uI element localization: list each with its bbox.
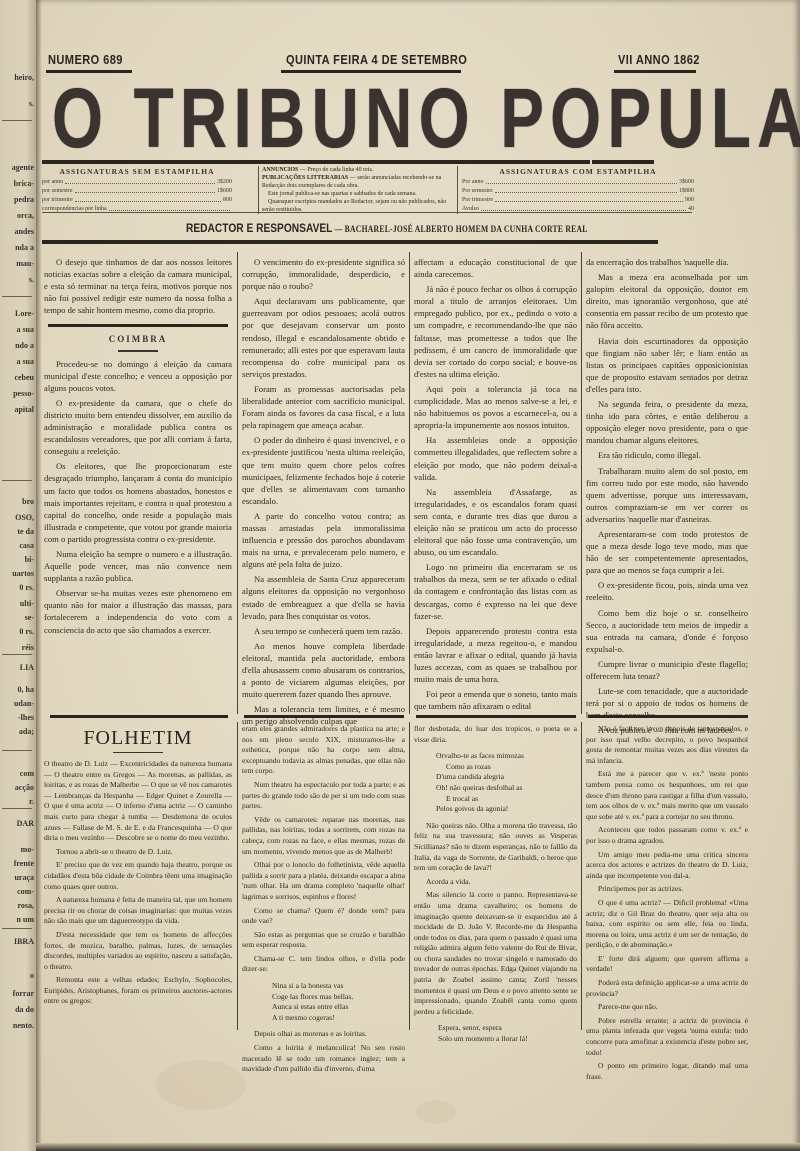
- folhetim-paragraph: flor desbotada, do luar dos tropicos, o …: [414, 724, 577, 745]
- poem-verse: Orvalho-te as faces mimozas Como as roza…: [414, 751, 577, 815]
- article-paragraph: Na segunda feira, o presidente da meza, …: [586, 398, 748, 446]
- folhetim-paragraph: Poderá esta definição applicar-se a uma …: [586, 978, 748, 999]
- subscriptions-without-stamp: ASSIGNATURAS SEM ESTAMPILHA por anno3$20…: [42, 168, 232, 214]
- article-paragraph: Já não é pouco fechar os olhos á corrupç…: [414, 283, 577, 380]
- article-paragraph: Apresentaram-se com todo protestos de qu…: [586, 528, 748, 576]
- previous-page-text-fragment: com: [20, 768, 34, 779]
- previous-page-text-fragment: udan-: [14, 698, 34, 709]
- article-paragraph: Na assembleia de Santa Cruz appareceram …: [242, 573, 405, 621]
- folhetim-paragraph: Vêde os camarotes: reparae nas morenas, …: [242, 815, 405, 857]
- previous-page-text-fragment: orca,: [17, 210, 34, 221]
- previous-page-text-fragment: LIA: [20, 662, 34, 673]
- article-paragraph: Procedeu-se no domingo á eleição da cama…: [44, 358, 232, 394]
- verse-line: D'uma candida alegria: [436, 772, 577, 783]
- previous-page-text-fragment: agente: [12, 162, 34, 173]
- article-paragraph: O ex-presidente ficou, pois, ainda uma v…: [586, 579, 748, 603]
- previous-page-text-fragment: ndo a: [15, 340, 34, 351]
- previous-page-text-fragment: da do: [15, 1004, 34, 1015]
- article-paragraph: Mas a meza era aconselhada por um galopi…: [586, 271, 748, 331]
- previous-page-text-fragment: r.: [29, 796, 34, 807]
- article-paragraph: Os eleitores, que lhe proporcionaram est…: [44, 460, 232, 545]
- price-value: 900: [685, 196, 694, 204]
- article-column-4: da encerração dos trabalhos 'naquelle di…: [586, 256, 748, 739]
- issue-number: NUMERO 689: [48, 52, 123, 67]
- previous-page-text-fragment: 0, ha: [18, 684, 34, 695]
- folhetim-paragraph: Como se chama? Quem é? donde vem? para o…: [242, 906, 405, 927]
- previous-page-text-fragment: o: [30, 970, 34, 981]
- previous-page-text-fragment: n um: [16, 914, 34, 925]
- folhetim-column-4: Não é facil ser joven depois de tantos s…: [586, 724, 748, 1085]
- issue-date: QUINTA FEIRA 4 DE SETEMBRO: [286, 52, 467, 67]
- previous-page-text-fragment: uraça: [14, 872, 34, 883]
- previous-page-text-fragment: rosa,: [17, 900, 34, 911]
- previous-page-text-fragment: heiro,: [14, 72, 34, 83]
- editor-label: REDACTOR E RESPONSAVEL: [186, 221, 332, 235]
- price-label: Por anno: [462, 178, 484, 186]
- previous-page-text-fragment: ada;: [19, 726, 34, 737]
- poem-verse: Nina si a la honesta vas Coge las flores…: [242, 981, 405, 1023]
- previous-page-text-fragment: bro: [22, 496, 34, 507]
- previous-page-text-fragment: andes: [14, 226, 34, 237]
- article-paragraph: O poder do dinheiro é quasi invencivel, …: [242, 434, 405, 507]
- price-label: Por semestre: [462, 187, 493, 195]
- verse-line: Aunca si estas entre ellas: [272, 1002, 405, 1013]
- previous-page-text-fragment: a sua: [16, 324, 34, 335]
- price-value: 1$600: [217, 187, 232, 195]
- folhetim-paragraph: Não queiras não. Olha a morena tão trave…: [414, 821, 577, 874]
- folhetim-paragraph: Num theatro ha espectaculo por toda a pa…: [242, 780, 405, 812]
- folhetim-paragraph: eram eles grandes admiradores da plastic…: [242, 724, 405, 777]
- price-value: 800: [223, 196, 232, 204]
- article-paragraph: Aqui declaravam uns publicamente, que gu…: [242, 295, 405, 380]
- price-label: por semestre: [42, 187, 73, 195]
- previous-page-text-fragment: brica-: [14, 178, 34, 189]
- previous-page-text-fragment: ulti-: [20, 598, 34, 609]
- verse-line: Coge las flores mas bellas,: [272, 992, 405, 1003]
- verse-line: A ti mesmo cogeras!: [272, 1013, 405, 1024]
- subscriptions-with-stamp-title: ASSIGNATURAS COM ESTAMPILHA: [462, 168, 694, 176]
- column-rule: [409, 252, 410, 714]
- folhetim-paragraph: O ponto em primeiro logar, ditando mal u…: [586, 1061, 748, 1082]
- folhetim-paragraph: E' forte dirá alguem; que querem affirma…: [586, 954, 748, 975]
- folhetim-paragraph: Chama-se C. tem lindos olhos, e d'ella p…: [242, 954, 405, 975]
- article-paragraph: Cumpre livrar o municipio d'este flagell…: [586, 658, 748, 682]
- price-value: 3$600: [679, 178, 694, 186]
- article-paragraph: Como bem diz hoje o sr. conselheiro Secc…: [586, 607, 748, 655]
- column-rule: [409, 722, 410, 1030]
- previous-page-rule: [2, 480, 32, 481]
- folhetim-paragraph: Como a loirita é melancolica! No seu ros…: [242, 1043, 405, 1075]
- poem-verse: Espera, senor, espera Solo um momento a …: [414, 1023, 577, 1044]
- paper-stain: [156, 1060, 246, 1110]
- subscriptions-without-stamp-title: ASSIGNATURAS SEM ESTAMPILHA: [42, 168, 232, 176]
- previous-page-text-fragment: DAR: [17, 818, 34, 829]
- previous-page-text-fragment: s.: [29, 98, 34, 109]
- previous-page-text-fragment: OSO,: [15, 512, 34, 523]
- subscriptions-with-stamp: ASSIGNATURAS COM ESTAMPILHA Por anno3$60…: [462, 168, 694, 214]
- folhetim-paragraph: Depois olhai as morenas e as loiritas.: [242, 1029, 405, 1040]
- editorial-note: O desejo que tinhamos de dar aos nossos …: [44, 256, 232, 316]
- previous-page-text-fragment: réis: [22, 642, 34, 653]
- previous-page-rule: [2, 296, 32, 297]
- article-paragraph: Era tão ridiculo, como illegal.: [586, 449, 748, 461]
- page-fold-shadow: [36, 0, 42, 1151]
- price-label: por trimestre: [42, 196, 73, 204]
- folhetim-rule: [244, 715, 404, 718]
- previous-page-text-fragment: apital: [14, 404, 34, 415]
- previous-page-text-fragment: acção: [15, 782, 34, 793]
- folhetim-paragraph: O que é uma actriz? — Dificil problema! …: [586, 898, 748, 951]
- price-label: por anno: [42, 178, 63, 186]
- previous-page-rule: [2, 750, 32, 751]
- article-paragraph: Observar se-ha muitas vezes este phenome…: [44, 587, 232, 635]
- folhetim-column-1: FOLHETIM O theatro de D. Luiz — Excentri…: [44, 720, 232, 1010]
- previous-page-text-fragment: te da: [17, 526, 34, 537]
- previous-page-text-fragment: IBRA: [14, 936, 34, 947]
- column-rule: [581, 722, 582, 1030]
- verse-line: Orvalho-te as faces mimozas: [436, 751, 577, 762]
- newspaper-page: NUMERO 689 QUINTA FEIRA 4 DE SETEMBRO VI…: [36, 0, 800, 1151]
- previous-page-text-fragment: pesso-: [13, 388, 34, 399]
- article-paragraph: Ha assembleias onde a opposição commette…: [414, 434, 577, 482]
- previous-page-text-fragment: forrar: [13, 988, 34, 999]
- verse-line: Espera, senor, espera: [438, 1023, 577, 1034]
- previous-page-rule: [2, 120, 32, 121]
- previous-page-text-fragment: pedra: [14, 194, 34, 205]
- announcements-text: — Preço de cada linha 40 reis.: [298, 167, 373, 173]
- folhetim-title: FOLHETIM: [44, 726, 232, 750]
- article-column-1: O desejo que tinhamos de dar aos nossos …: [44, 256, 232, 639]
- issue-year: VII ANNO 1862: [618, 52, 700, 67]
- article-paragraph: Havia dois escurtinadores da opposição q…: [586, 335, 748, 395]
- previous-page-rule: [2, 928, 32, 929]
- article-paragraph: Logo no primeiro dia encerraram se os tr…: [414, 561, 577, 621]
- article-paragraph: A parte do concelho votou contra; as mas…: [242, 510, 405, 570]
- verse-line: Como as rozas: [436, 762, 577, 773]
- article-paragraph: Na assembleia d'Assafarge, as irregulari…: [414, 486, 577, 559]
- column-rule: [581, 252, 582, 714]
- previous-page-text-fragment: nento.: [13, 1020, 34, 1031]
- header-bottom-rule: [42, 240, 658, 244]
- previous-page-text-fragment: uartos: [12, 568, 34, 579]
- header-divider: [42, 212, 692, 213]
- article-paragraph: O vencimento do ex-presidente significa …: [242, 256, 405, 292]
- previous-page-text-fragment: -lhes: [18, 712, 34, 723]
- newspaper-title: O TRIBUNO POPULAR: [52, 78, 567, 158]
- folhetim-paragraph: Mas silencio lá corre o panno. Represent…: [414, 890, 577, 1017]
- article-paragraph: Depois apparecendo protesto contra esta …: [414, 625, 577, 685]
- folhetim-paragraph: E' preciso que de vez em quando haja the…: [44, 860, 232, 892]
- article-paragraph: da encerração dos trabalhos 'naquelle di…: [586, 256, 748, 268]
- verse-line: Nina si a la honesta vas: [272, 981, 405, 992]
- article-paragraph: Numa eleição ha sempre o numero e a illu…: [44, 548, 232, 584]
- article-column-2: O vencimento do ex-presidente significa …: [242, 256, 405, 730]
- previous-page-text-fragment: 0 rs.: [19, 582, 34, 593]
- previous-page-strip: heiro,s.agentebrica-pedraorca,andesnda a…: [0, 0, 36, 1151]
- verse-line: Oh! não queiras desfolhal as: [436, 783, 577, 794]
- publication-schedule: Este jornal publica-se nas quartas e sab…: [262, 190, 454, 198]
- column-rule: [237, 722, 238, 1030]
- article-paragraph: A seu tempo se conhecerá quem tem razão.: [242, 625, 405, 637]
- masthead-rule: [42, 160, 590, 164]
- literary-publications-heading: PUBLICAÇÕES LITTERARIAS: [262, 175, 348, 181]
- previous-page-rule: [2, 654, 32, 655]
- folhetim-paragraph: Um amigo meu pedia-me uma critica sincer…: [586, 850, 748, 882]
- folhetim-paragraph: Olhai por o lonoclo do folhetinista, vêd…: [242, 860, 405, 902]
- folhetim-paragraph: Parece-me que não.: [586, 1002, 748, 1013]
- announcements-heading: ANNUNCIOS: [262, 167, 298, 173]
- verse-line: Solo um momento a llorar lá!: [438, 1034, 577, 1045]
- article-paragraph: Ao menos houve completa liberdade eleito…: [242, 640, 405, 700]
- previous-page-text-fragment: cebeu: [14, 372, 34, 383]
- previous-page-rule: [2, 808, 32, 809]
- previous-page-text-fragment: nda a: [15, 242, 34, 253]
- folhetim-rule: [416, 715, 576, 718]
- previous-page-text-fragment: 0 rs.: [19, 626, 34, 637]
- price-value: 3$200: [217, 178, 232, 186]
- article-paragraph: Trabalharam muito alem do sol posto, em …: [586, 465, 748, 525]
- previous-page-text-fragment: se-: [25, 612, 34, 623]
- folhetim-paragraph: Aconteceu que todos passaram como v. ex.…: [586, 825, 748, 846]
- previous-page-text-fragment: mo-: [21, 844, 34, 855]
- verse-line: Pelos goivos da agonia!: [436, 804, 577, 815]
- folhetim-paragraph: São estas as perguntas que se cruzão e b…: [242, 930, 405, 951]
- page-bottom-edge: [36, 1143, 800, 1151]
- folhetim-paragraph: Não é facil ser joven depois de tantos s…: [586, 724, 748, 766]
- folhetim-rule: [50, 715, 228, 718]
- verse-line: E trocal as: [436, 794, 577, 805]
- folhetim-column-3: flor desbotada, do luar dos tropicos, o …: [414, 724, 577, 1051]
- previous-page-text-fragment: mau-: [16, 258, 34, 269]
- folhetim-summary: O theatro de D. Luiz — Excentricidades d…: [44, 759, 232, 844]
- folhetim-paragraph: Acorda a vida.: [414, 877, 577, 888]
- previous-page-text-fragment: Lore-: [15, 308, 34, 319]
- article-paragraph: O ex-presidente da camara, que o chefe d…: [44, 397, 232, 457]
- column-rule: [237, 252, 238, 714]
- announcements-block: ANNUNCIOS — Preço de cada linha 40 reis.…: [258, 166, 458, 214]
- folhetim-paragraph: Pobre estrella errante; a actriz de prov…: [586, 1016, 748, 1058]
- folhetim-column-2: eram eles grandes admiradores da plastic…: [242, 724, 405, 1078]
- folhetim-paragraph: Está me a parecer que v. ex.ª 'neste pon…: [586, 769, 748, 822]
- paper-stain: [416, 1100, 456, 1124]
- article-paragraph: Foram as promessas auctorisadas pela lib…: [242, 383, 405, 431]
- previous-page-text-fragment: bi-: [25, 554, 34, 565]
- previous-page-text-fragment: a sua: [16, 356, 34, 367]
- price-value: 1$800: [679, 187, 694, 195]
- previous-page-text-fragment: com-: [17, 886, 34, 897]
- article-column-3: affectam a educação constitucional de qu…: [414, 256, 577, 715]
- folhetim-paragraph: Tornou a abrir-se o theatro de D. Luiz.: [44, 847, 232, 858]
- folhetim-rule: [588, 715, 748, 718]
- folhetim-paragraph: Remonta este a velhas edades; Eschylo, S…: [44, 975, 232, 1007]
- previous-page-text-fragment: s.: [29, 274, 34, 285]
- article-paragraph: Aqui pois a tolerancia já toca na cumpli…: [414, 383, 577, 431]
- folhetim-paragraph: D'esta necessidade que tem os homens de …: [44, 930, 232, 972]
- price-label: Por trimestre: [462, 196, 493, 204]
- editor-name: — BACHAREL-JOSÉ ALBERTO HOMEM DA CUNHA C…: [332, 224, 587, 234]
- editor-line: REDACTOR E RESPONSAVEL — BACHAREL-JOSÉ A…: [186, 221, 588, 235]
- folhetim-paragraph: A natureza humana é feita de maneira tal…: [44, 895, 232, 927]
- article-paragraph: affectam a educação constitucional de qu…: [414, 256, 577, 280]
- previous-page-text-fragment: frente: [14, 858, 34, 869]
- masthead-rule-right: [592, 160, 654, 164]
- section-heading: COIMBRA: [44, 333, 232, 345]
- article-paragraph: Foi peor a emenda que o soneto, tanto ma…: [414, 688, 577, 712]
- previous-page-text-fragment: casa: [19, 540, 34, 551]
- folhetim-paragraph: Principemos por as actrizes.: [586, 884, 748, 895]
